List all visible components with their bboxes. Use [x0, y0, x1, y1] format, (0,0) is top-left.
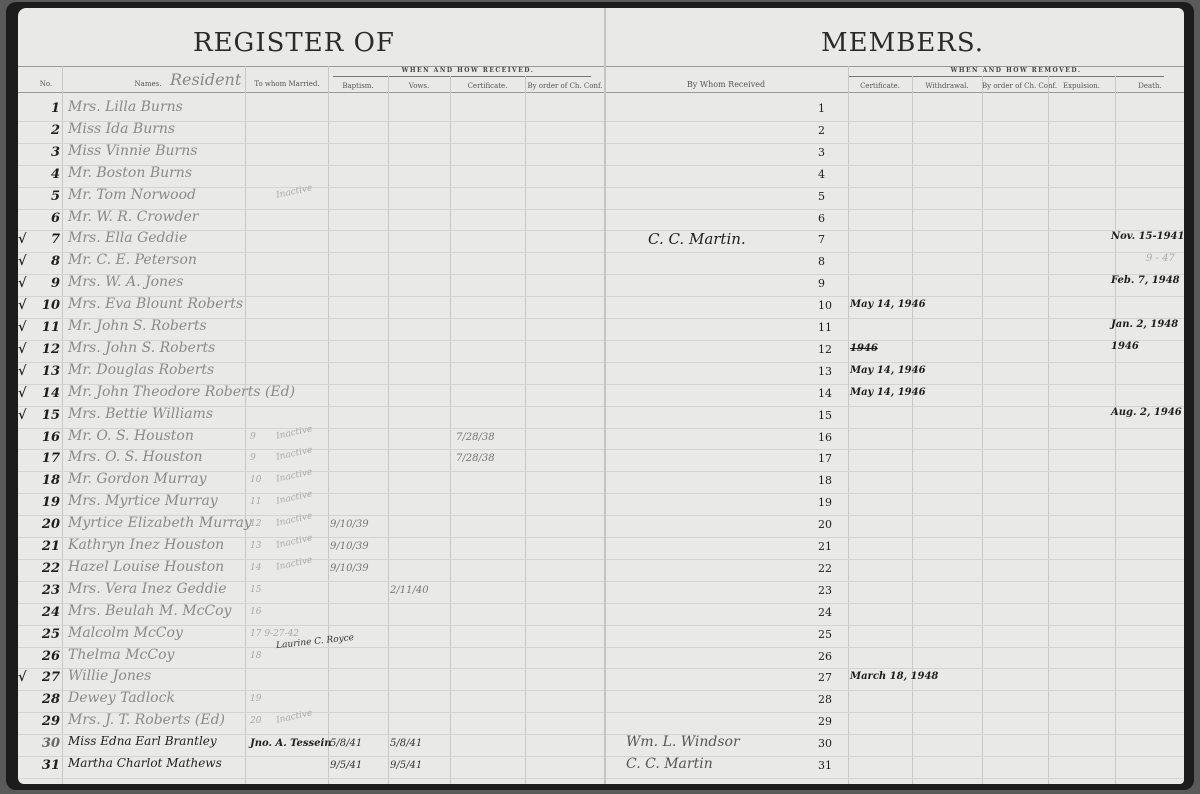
removal-certificate: May 14, 1946 [850, 299, 926, 310]
baptism-date: 9/10/39 [330, 519, 369, 530]
member-name: Mrs. Myrtice Murray [68, 493, 218, 509]
check-mark: √ [18, 408, 27, 423]
row-number: 28 [818, 693, 832, 706]
member-name: Mr. John S. Roberts [68, 318, 207, 334]
member-name: Thelma McCoy [68, 647, 174, 663]
row-number: 25 [818, 628, 832, 641]
row-number: 13 [818, 365, 832, 378]
row-number: 21 [818, 540, 832, 553]
row-number: 1 [818, 102, 825, 115]
married-note: Inactive [275, 708, 313, 725]
member-number: 10 [30, 298, 60, 313]
married-to: Jno. A. Tessein [250, 738, 332, 749]
row-number: 30 [818, 737, 832, 750]
member-name: Mr. Douglas Roberts [68, 362, 214, 378]
member-name: Dewey Tadlock [68, 690, 175, 706]
check-mark: √ [18, 276, 27, 291]
row-number: 24 [818, 606, 832, 619]
married-note: Inactive [275, 489, 313, 506]
member-name: Mrs. Beulah M. McCoy [68, 603, 231, 619]
member-number: 19 [30, 495, 60, 510]
married-to: 14 [250, 563, 261, 573]
married-to: 16 [250, 607, 261, 617]
col-header-rem-certificate: Certificate. [848, 82, 912, 90]
certificate-date: 7/28/38 [456, 453, 495, 464]
check-mark: √ [18, 320, 27, 335]
baptism-date: 5/8/41 [330, 738, 362, 749]
row-number: 18 [818, 474, 832, 487]
member-name: Mr. Gordon Murray [68, 471, 207, 487]
group-header-received: WHEN AND HOW RECEIVED. [348, 67, 588, 74]
row-number: 16 [818, 431, 832, 444]
register-book: REGISTER OF No. Names. Resident To whom … [0, 0, 1200, 794]
member-number: 24 [30, 605, 60, 620]
member-number: 9 [30, 276, 60, 291]
removal-certificate: May 14, 1946 [850, 365, 926, 376]
check-mark: √ [18, 364, 27, 379]
page-title-left: REGISTER OF [193, 28, 395, 58]
member-name: Willie Jones [68, 668, 151, 684]
member-name: Miss Vinnie Burns [68, 143, 197, 159]
removal-certificate: 1946 [850, 343, 878, 354]
baptism-date: 9/10/39 [330, 563, 369, 574]
row-number: 3 [818, 146, 825, 159]
col-header-by-order: By order of Ch. Conf. [525, 82, 605, 90]
member-name: Miss Edna Earl Brantley [68, 734, 217, 748]
col-header-by-whom: By Whom Received [646, 80, 806, 89]
vows-date: 9/5/41 [390, 760, 422, 771]
member-name: Mrs. Bettie Williams [68, 406, 213, 422]
death-date: Feb. 7, 1948 [1111, 275, 1180, 286]
col-header-withdrawal: Withdrawal. [912, 82, 982, 90]
row-number: 29 [818, 715, 832, 728]
row-number: 8 [818, 255, 825, 268]
married-note: Inactive [275, 424, 313, 441]
married-to: 13 [250, 541, 261, 551]
member-number: 31 [30, 758, 60, 773]
header-bottom-rule [18, 92, 606, 93]
member-name: Mr. John Theodore Roberts (Ed) [68, 384, 295, 400]
check-mark: √ [18, 670, 27, 685]
row-number: 6 [818, 212, 825, 225]
member-name: Mrs. O. S. Houston [68, 449, 203, 465]
col-header-death: Death. [1115, 82, 1184, 90]
col-header-certificate: Certificate. [450, 82, 525, 90]
baptism-date: 9/10/39 [330, 541, 369, 552]
member-number: 14 [30, 386, 60, 401]
member-number: 26 [30, 649, 60, 664]
member-number: 2 [30, 123, 60, 138]
member-number: 20 [30, 517, 60, 532]
member-number: 27 [30, 670, 60, 685]
row-number: 15 [818, 409, 832, 422]
member-number: 23 [30, 583, 60, 598]
married-to: 18 [250, 651, 261, 661]
received-by: Wm. L. Windsor [626, 734, 740, 750]
col-header-names: Names. [118, 80, 178, 88]
right-page: MEMBERS. By Whom Received WHEN AND HOW R… [606, 8, 1184, 784]
removal-certificate: March 18, 1948 [850, 671, 938, 682]
member-name: Mr. W. R. Crowder [68, 209, 198, 225]
row-number: 11 [818, 321, 832, 334]
check-mark: √ [18, 386, 27, 401]
married-to: 10 [250, 475, 261, 485]
received-by: C. C. Martin [626, 756, 713, 772]
member-name: Mr. Boston Burns [68, 165, 192, 181]
married-note: Inactive [275, 446, 313, 463]
col-header-baptism: Baptism. [328, 82, 388, 90]
member-name: Mrs. Ella Geddie [68, 230, 187, 246]
married-to: 17 9-27-42 [250, 629, 299, 639]
member-number: 3 [30, 145, 60, 160]
col-header-vows: Vows. [388, 82, 450, 90]
row-number: 17 [818, 452, 832, 465]
group-rule [333, 76, 591, 77]
married-note: Inactive [275, 533, 313, 550]
member-number: 12 [30, 342, 60, 357]
check-mark: √ [18, 232, 27, 247]
row-number: 19 [818, 496, 832, 509]
member-number: 25 [30, 627, 60, 642]
married-note: Inactive [275, 555, 313, 572]
row-number: 26 [818, 650, 832, 663]
certificate-date: 7/28/38 [456, 432, 495, 443]
death-date: Aug. 2, 1946 [1111, 407, 1182, 418]
col-header-no: No. [30, 80, 62, 88]
vows-date: 5/8/41 [390, 738, 422, 749]
member-number: 6 [30, 211, 60, 226]
row-number: 31 [818, 759, 832, 772]
member-name: Malcolm McCoy [68, 625, 183, 641]
married-to: 19 [250, 694, 261, 704]
row-number: 20 [818, 518, 832, 531]
member-number: 22 [30, 561, 60, 576]
check-mark: √ [18, 342, 27, 357]
member-name: Mrs. Vera Inez Geddie [68, 581, 227, 597]
row-number: 27 [818, 671, 832, 684]
member-name: Miss Ida Burns [68, 121, 175, 137]
member-name: Martha Charlot Mathews [68, 756, 222, 770]
member-name: Myrtice Elizabeth Murray [68, 515, 252, 531]
member-number: 13 [30, 364, 60, 379]
names-annotation: Resident [170, 70, 241, 89]
married-to: 9 [250, 432, 256, 442]
left-page: REGISTER OF No. Names. Resident To whom … [18, 8, 606, 784]
row-number: 10 [818, 299, 832, 312]
row-number: 7 [818, 233, 825, 246]
received-by: C. C. Martin. [648, 230, 746, 248]
member-number: 15 [30, 408, 60, 423]
member-name: Mr. O. S. Houston [68, 428, 194, 444]
check-mark: √ [18, 298, 27, 313]
member-number: 17 [30, 451, 60, 466]
member-number: 21 [30, 539, 60, 554]
page-title-right: MEMBERS. [821, 28, 984, 58]
death-date: Jan. 2, 1948 [1111, 319, 1178, 330]
row-number: 14 [818, 387, 832, 400]
member-number: 8 [30, 254, 60, 269]
member-number: 5 [30, 189, 60, 204]
member-name: Mrs. Eva Blount Roberts [68, 296, 243, 312]
member-number: 29 [30, 714, 60, 729]
member-name: Mr. C. E. Peterson [68, 252, 197, 268]
removal-certificate: May 14, 1946 [850, 387, 926, 398]
member-number: 4 [30, 167, 60, 182]
row-number: 4 [818, 168, 825, 181]
married-note: Inactive [275, 183, 313, 200]
member-number: 28 [30, 692, 60, 707]
member-number: 16 [30, 430, 60, 445]
col-header-married: To whom Married. [246, 80, 328, 88]
row-number: 23 [818, 584, 832, 597]
baptism-date: 9/5/41 [330, 760, 362, 771]
member-name: Mrs. John S. Roberts [68, 340, 215, 356]
row-number: 9 [818, 277, 825, 290]
member-number: 18 [30, 473, 60, 488]
married-to: 15 [250, 585, 261, 595]
married-to: 9 [250, 453, 256, 463]
check-mark: √ [18, 254, 27, 269]
death-date: Nov. 15-1941 [1111, 231, 1184, 242]
married-to: 20 [250, 716, 261, 726]
row-number: 5 [818, 190, 825, 203]
member-name: Kathryn Inez Houston [68, 537, 224, 553]
member-name: Mrs. J. T. Roberts (Ed) [68, 712, 225, 728]
member-number: 11 [30, 320, 60, 335]
member-number: 7 [30, 232, 60, 247]
death-date: 9 - 47 [1146, 253, 1175, 264]
vows-date: 2/11/40 [390, 585, 429, 596]
row-number: 22 [818, 562, 832, 575]
member-number: 30 [30, 736, 60, 751]
group-header-removed: WHEN AND HOW REMOVED. [856, 67, 1176, 74]
col-header-expulsion: Expulsion. [1048, 82, 1115, 90]
row-number: 12 [818, 343, 832, 356]
member-name: Mrs. W. A. Jones [68, 274, 184, 290]
married-to: 12 [250, 519, 261, 529]
married-to: 11 [250, 497, 261, 507]
row-number: 2 [818, 124, 825, 137]
member-name: Mrs. Lilla Burns [68, 99, 183, 115]
member-number: 1 [30, 101, 60, 116]
married-note: Inactive [275, 468, 313, 485]
married-note: Inactive [275, 511, 313, 528]
member-name: Mr. Tom Norwood [68, 187, 196, 203]
member-name: Hazel Louise Houston [68, 559, 224, 575]
col-header-rem-by-order: By order of Ch. Conf. [982, 82, 1048, 90]
death-date: 1946 [1111, 341, 1139, 352]
